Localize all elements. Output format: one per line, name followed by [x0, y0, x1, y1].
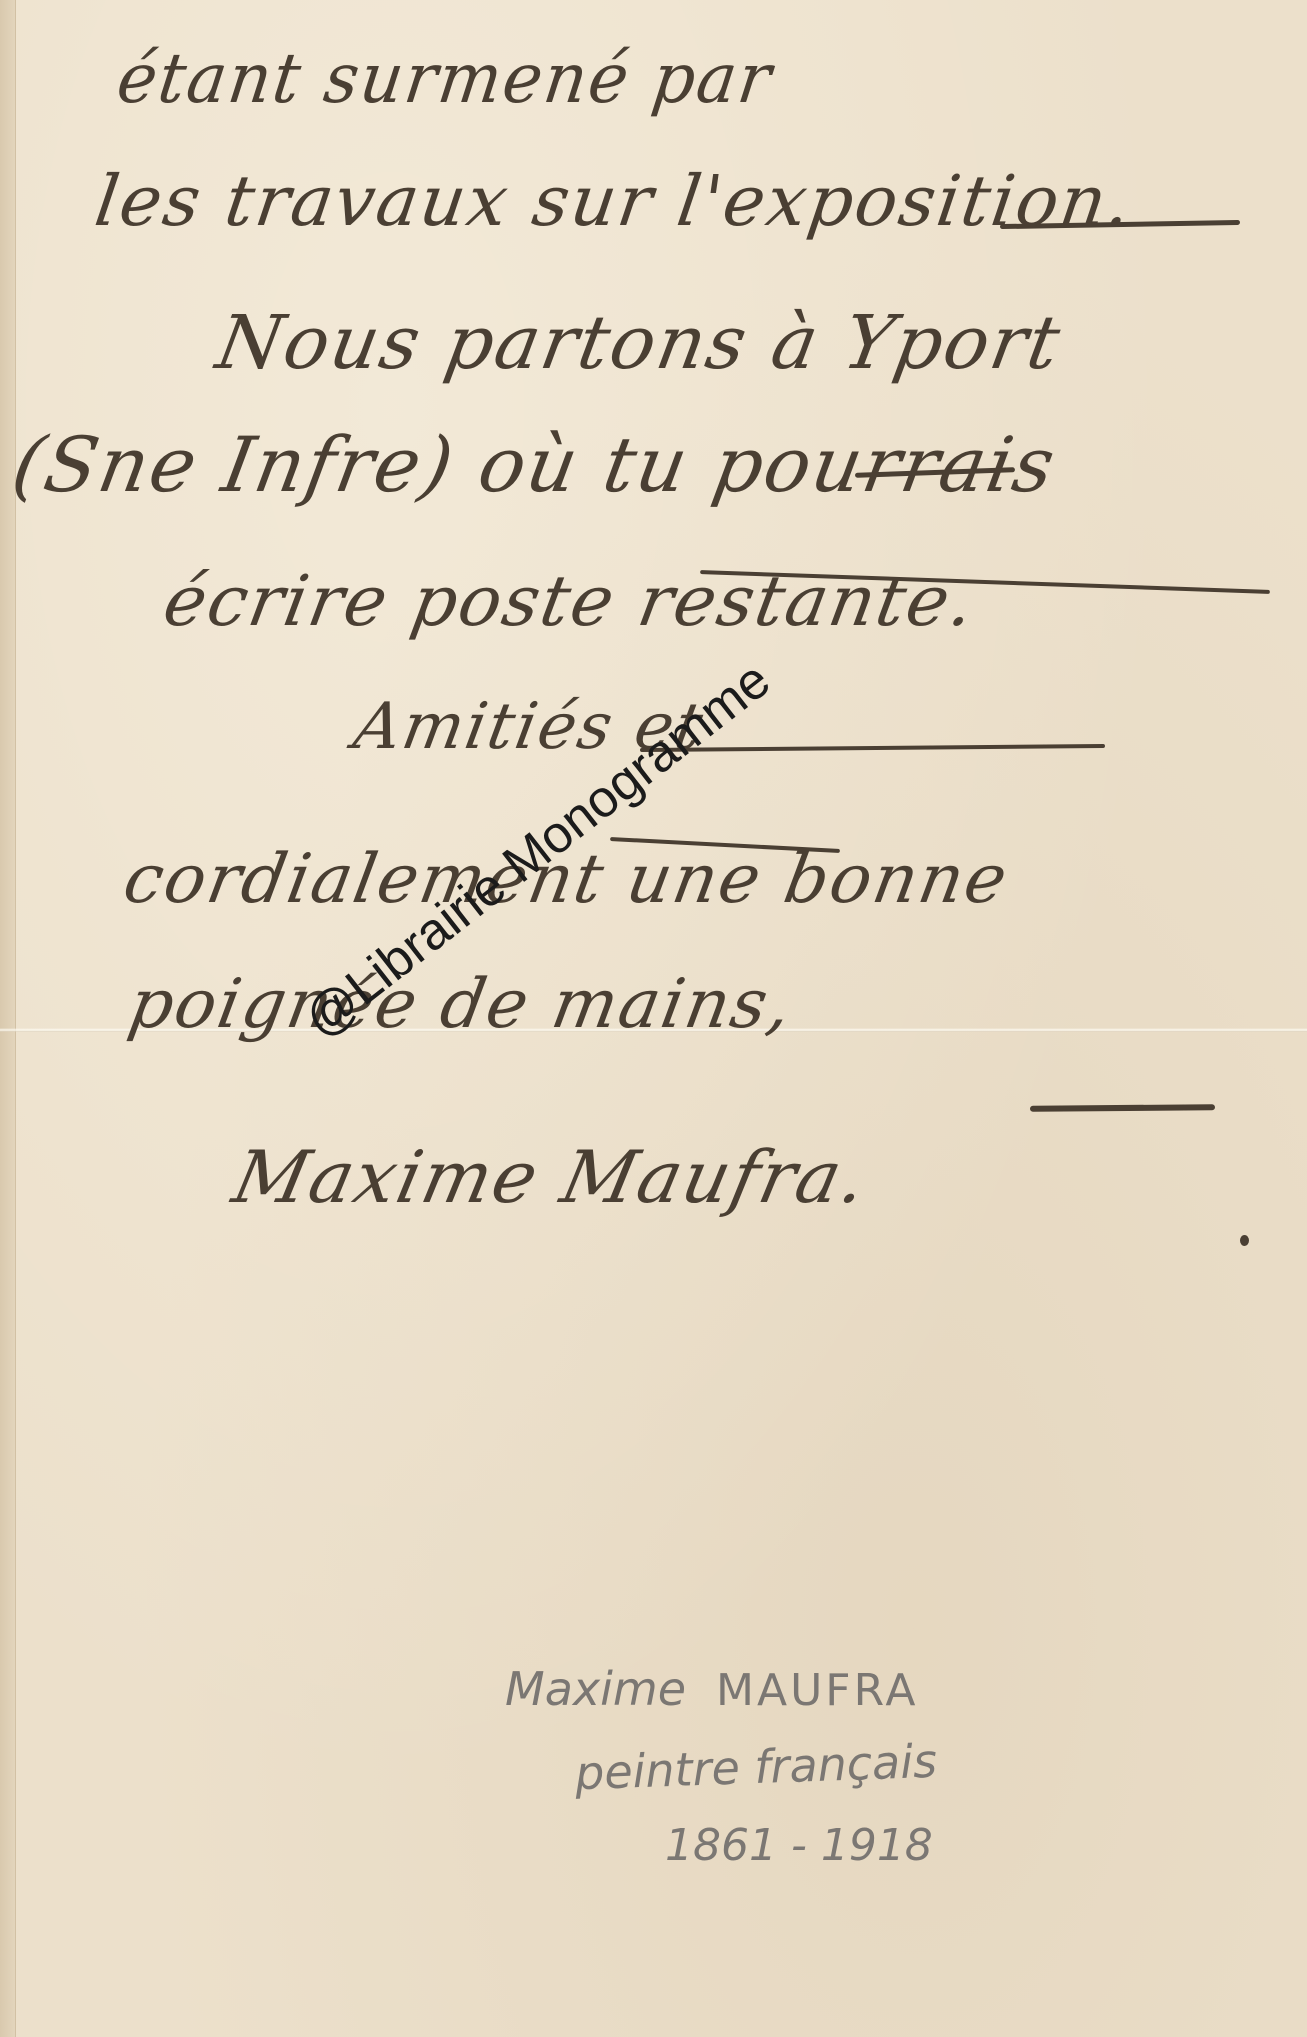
annotation-first-name: Maxime: [505, 1662, 686, 1716]
paper-left-edge: [0, 0, 16, 2037]
letter-line-8: poignée de mains,: [123, 965, 799, 1044]
signature-period: [1240, 1235, 1249, 1246]
pencil-annotation-dates: 1861 - 1918: [665, 1820, 933, 1871]
pencil-annotation-name: MaximeMAUFRA: [505, 1662, 918, 1716]
letter-line-4: (Sne Infre) où tu pourrais: [6, 420, 1063, 509]
letter-line-3: Nous partons à Yport: [210, 300, 1067, 386]
signature: Maxime Maufra.: [226, 1135, 876, 1219]
letter-line-5: écrire poste restante.: [158, 560, 982, 642]
annotation-last-name: MAUFRA: [716, 1665, 918, 1716]
letter-line-1: étant surmené par: [113, 38, 778, 119]
letter-line-2: les travaux sur l'exposition.: [90, 160, 1137, 242]
